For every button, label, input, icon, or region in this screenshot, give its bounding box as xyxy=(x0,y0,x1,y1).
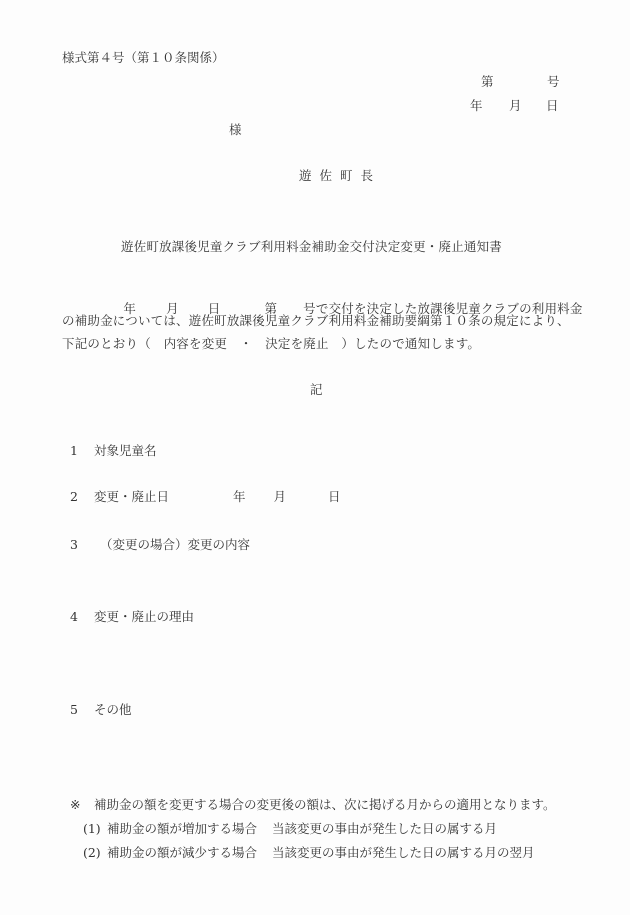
change-date-year: 年 xyxy=(233,489,246,504)
ki-heading: 記 xyxy=(310,384,323,397)
recipient-honorific: 様 xyxy=(229,124,242,137)
item-number: 2 xyxy=(70,491,94,504)
sender-name: 遊佐町長 xyxy=(299,170,381,183)
body-paragraph-line-1: 年月日第号で交付を決定した放課後児童クラブの利用料金 xyxy=(62,290,583,315)
note: ※補助金の額を変更する場合の変更後の額は、次に掲げる月からの適用となります。 xyxy=(62,786,555,811)
item-label: （変更の場合）変更の内容 xyxy=(100,537,250,552)
item-reason: 4変更・廃止の理由 xyxy=(62,598,194,623)
item-number: 5 xyxy=(70,704,94,717)
change-date-month: 月 xyxy=(273,489,286,504)
item-child-name: 1対象児童名 xyxy=(62,432,156,457)
issue-date-month: 月 xyxy=(509,100,522,113)
note-case-decrease: (2)補助金の額が減少する場合当該変更の事由が発生した日の属する月の翌月 xyxy=(75,834,534,859)
form-number: 様式第４号（第１０条関係） xyxy=(62,52,225,65)
document-number-suffix: 号 xyxy=(547,76,560,89)
issue-date-day: 日 xyxy=(546,100,559,113)
item-label: 変更・廃止の理由 xyxy=(94,609,194,624)
item-number: 3 xyxy=(70,539,94,552)
note-case-number: (2) xyxy=(83,847,107,860)
item-change-date: 2変更・廃止日年月日 xyxy=(62,478,341,503)
item-other: 5その他 xyxy=(62,691,131,716)
item-number: 4 xyxy=(70,611,94,624)
change-date-day: 日 xyxy=(328,489,341,504)
document-number-prefix: 第 xyxy=(481,76,494,89)
item-label: 対象児童名 xyxy=(94,443,157,458)
document-title: 遊佐町放課後児童クラブ利用料金補助金交付決定変更・廃止通知書 xyxy=(121,241,502,254)
body-paragraph-line-3: 下記のとおり（ 内容を変更 ・ 決定を廃止 ）したので通知します。 xyxy=(62,338,480,351)
body-paragraph-line-2: の補助金については、遊佐町放課後児童クラブ利用料金補助要綱第１０条の規定により、 xyxy=(62,315,570,328)
issue-date-year: 年 xyxy=(470,100,483,113)
item-change-content: 3（変更の場合）変更の内容 xyxy=(62,526,250,551)
note-case-condition: 補助金の額が減少する場合 xyxy=(107,845,257,860)
item-number: 1 xyxy=(70,445,94,458)
item-label: 変更・廃止日 xyxy=(94,489,169,504)
note-case-increase: (1)補助金の額が増加する場合当該変更の事由が発生した日の属する月 xyxy=(75,810,497,835)
item-label: その他 xyxy=(94,702,132,717)
note-case-applies: 当該変更の事由が発生した日の属する月の翌月 xyxy=(272,845,535,860)
